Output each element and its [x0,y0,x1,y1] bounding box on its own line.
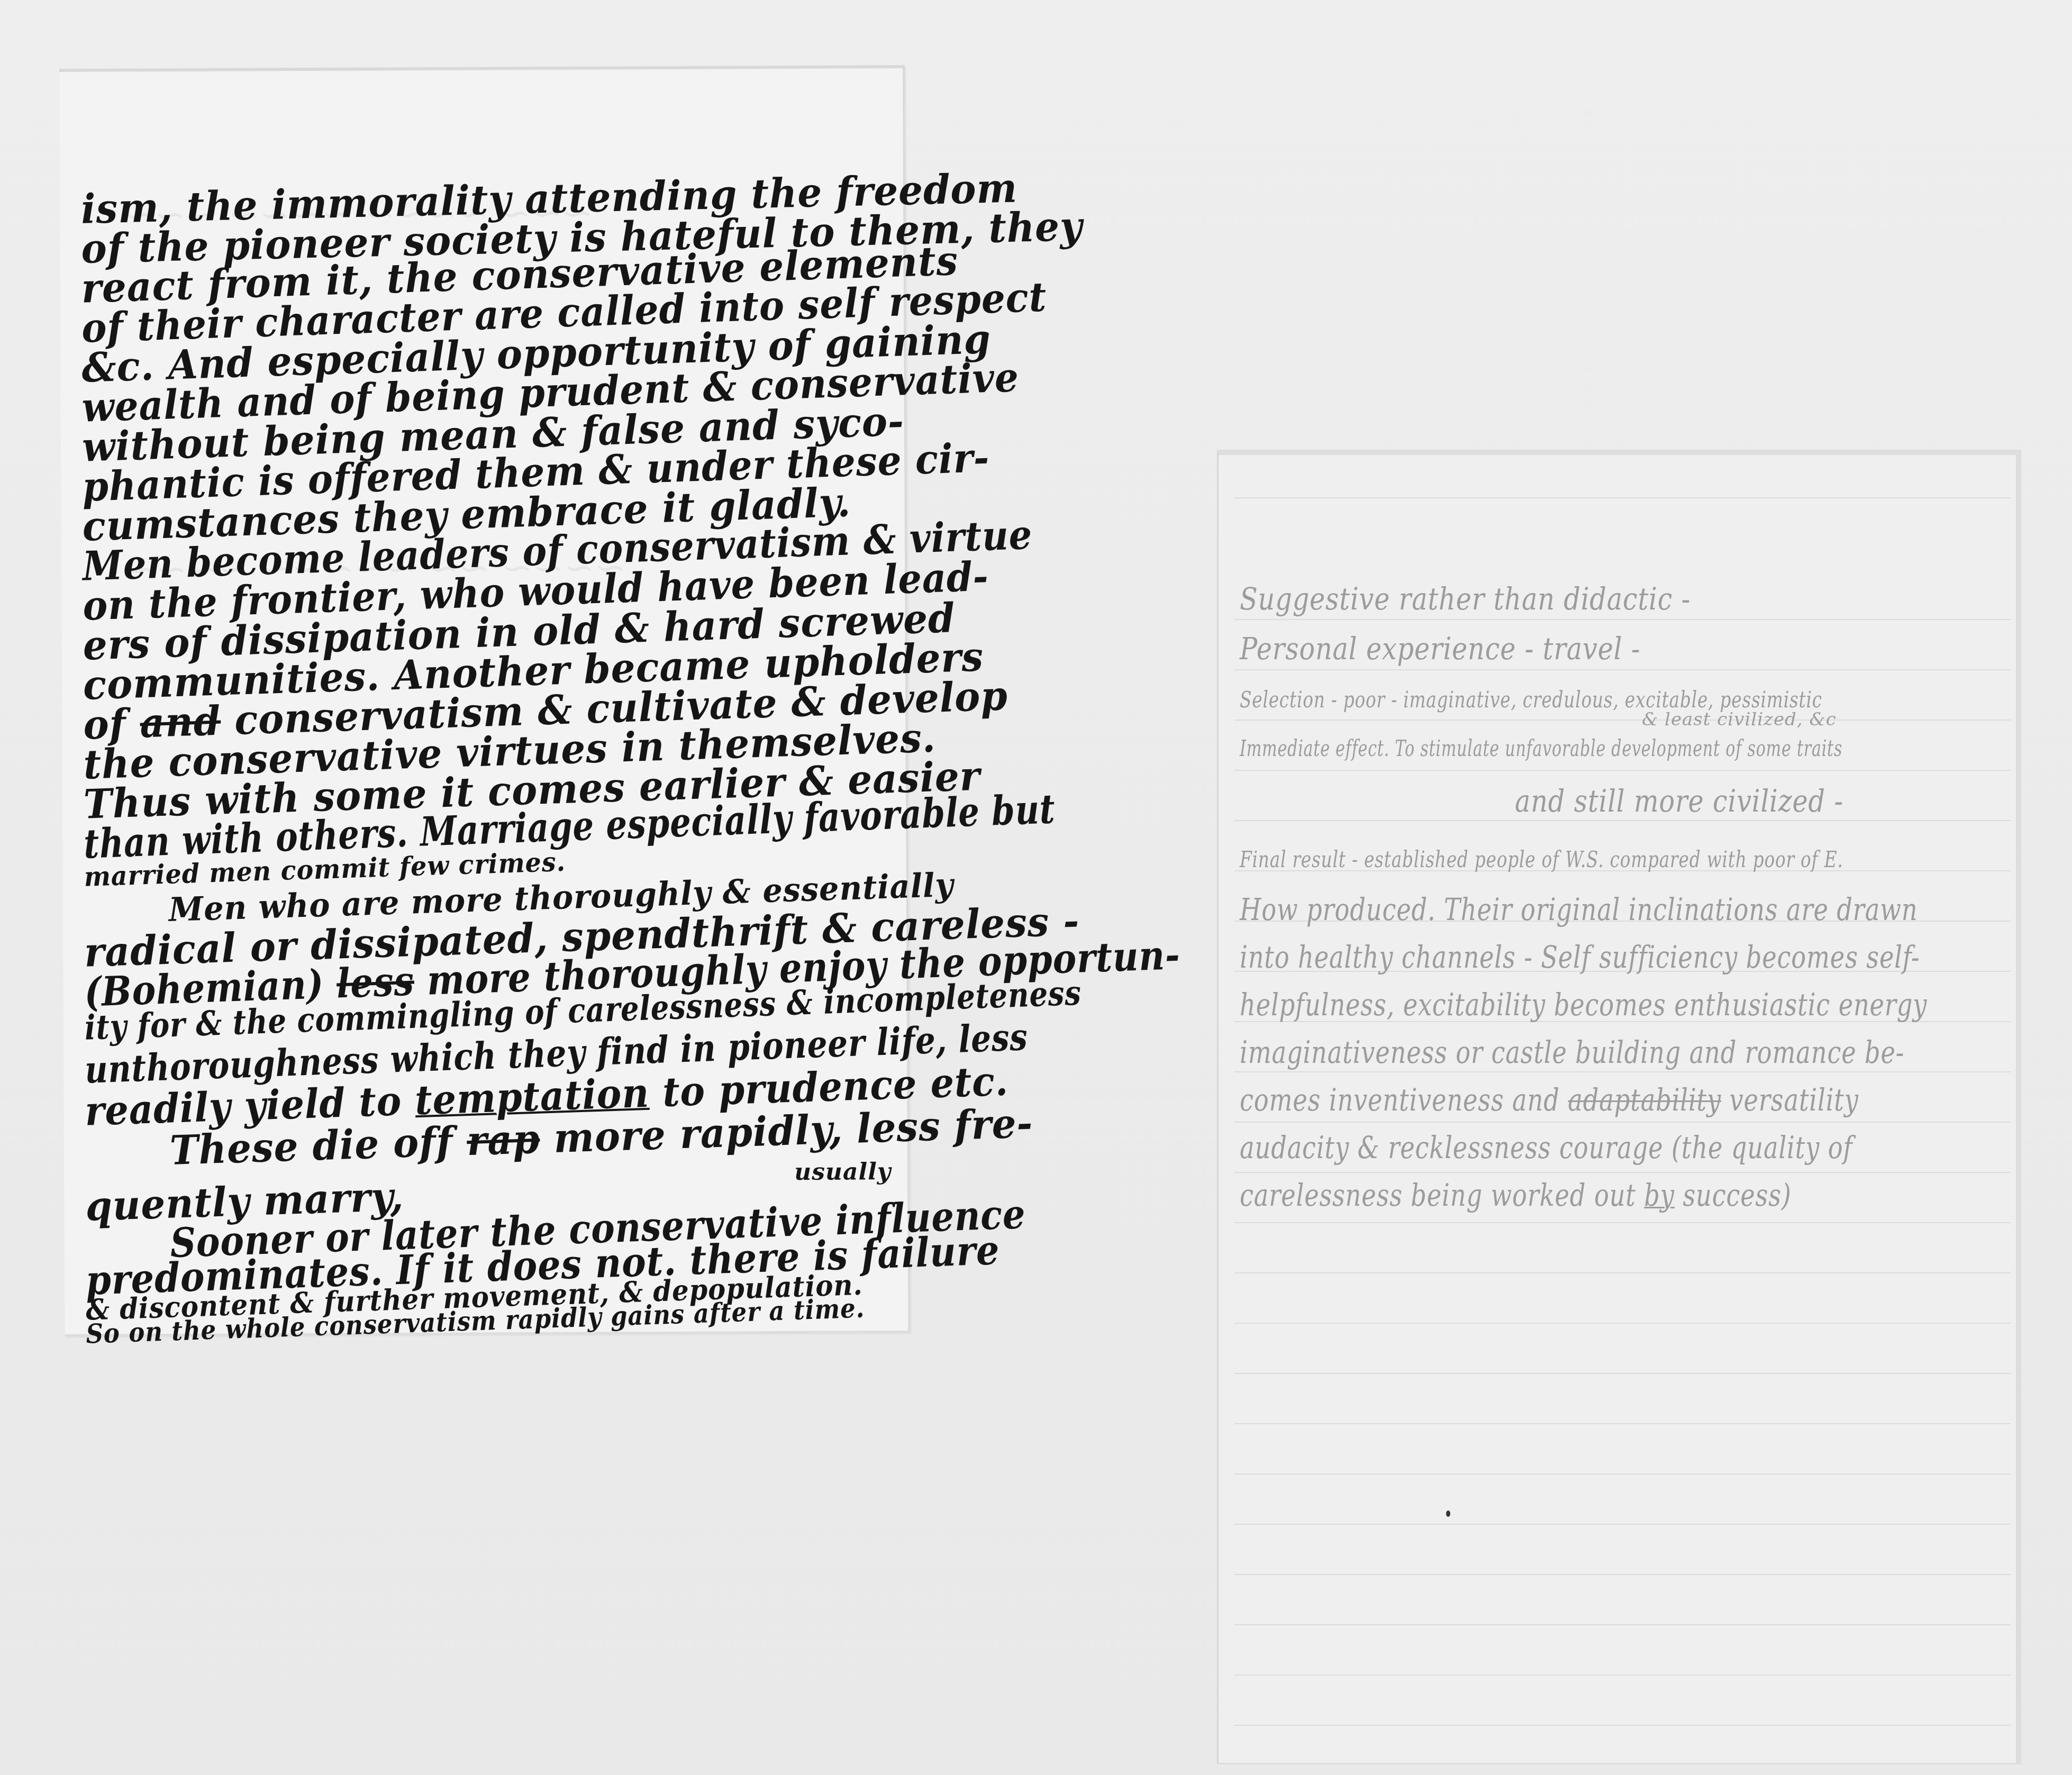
manuscript-page-left: ~~~ ~~~~ ~~~~ ~~~ ~~~~ ~~ ~~~~~ ~~~~ ism… [59,65,910,1336]
pencil-word: success) [1675,1177,1792,1213]
pencil-word: carelessness being worked out [1240,1177,1644,1213]
ruled-line [1234,1222,2011,1223]
pencil-word: comes inventiveness and [1240,1082,1568,1118]
underlined-word: by [1644,1177,1675,1213]
struck-word: adaptability [1568,1082,1721,1118]
ruled-line [1234,720,2011,721]
ruled-line [1234,1524,2011,1525]
pencil-word: versatility [1721,1082,1859,1118]
ruled-line [1234,1122,2011,1123]
pencil-line: comes inventiveness and adaptability ver… [1240,1082,1859,1118]
handwritten-insertion: usually [794,1158,891,1186]
ruled-line [1234,1172,2011,1173]
ruled-line [1234,1423,2011,1424]
ruled-line [1234,1323,2011,1324]
ruled-line [1234,619,2011,620]
ruled-line [1234,1071,2011,1072]
pencil-insertion: & least civilized, &c [1642,709,1837,730]
ruled-line [1234,669,2011,670]
pencil-line: How produced. Their original inclination… [1240,891,1917,927]
handwritten-word: These die off [169,1117,468,1174]
pencil-line: Immediate effect. To stimulate unfavorab… [1240,735,1842,761]
pencil-line: audacity & recklessness courage (the qua… [1240,1130,1852,1166]
pencil-line: and still more civilized - [1515,783,1843,819]
manuscript-page-right: Suggestive rather than didactic - Person… [1217,450,2021,1764]
pencil-line: Suggestive rather than didactic - [1240,581,1691,617]
ruled-line [1234,1272,2011,1273]
ruled-line [1234,770,2011,771]
ruled-line [1234,1574,2011,1575]
pencil-line: imaginativeness or castle building and r… [1240,1034,1904,1070]
ruled-line [1234,1674,2011,1676]
ink-spot [1446,1510,1450,1517]
struck-word: rap [466,1115,541,1164]
pencil-line: helpfulness, excitability becomes enthus… [1240,987,1927,1023]
ruled-line [1234,497,2011,498]
pencil-line: into healthy channels - Self sufficiency… [1240,939,1920,975]
pencil-line: Personal experience - travel - [1240,631,1640,667]
pencil-line: Final result - established people of W.S… [1240,846,1843,872]
ruled-line [1234,1473,2011,1474]
ruled-line [1234,1624,2011,1625]
pencil-line: carelessness being worked out by success… [1240,1177,1792,1213]
ruled-line [1234,1725,2011,1726]
ruled-line [1234,1373,2011,1374]
ruled-line [1234,820,2011,821]
